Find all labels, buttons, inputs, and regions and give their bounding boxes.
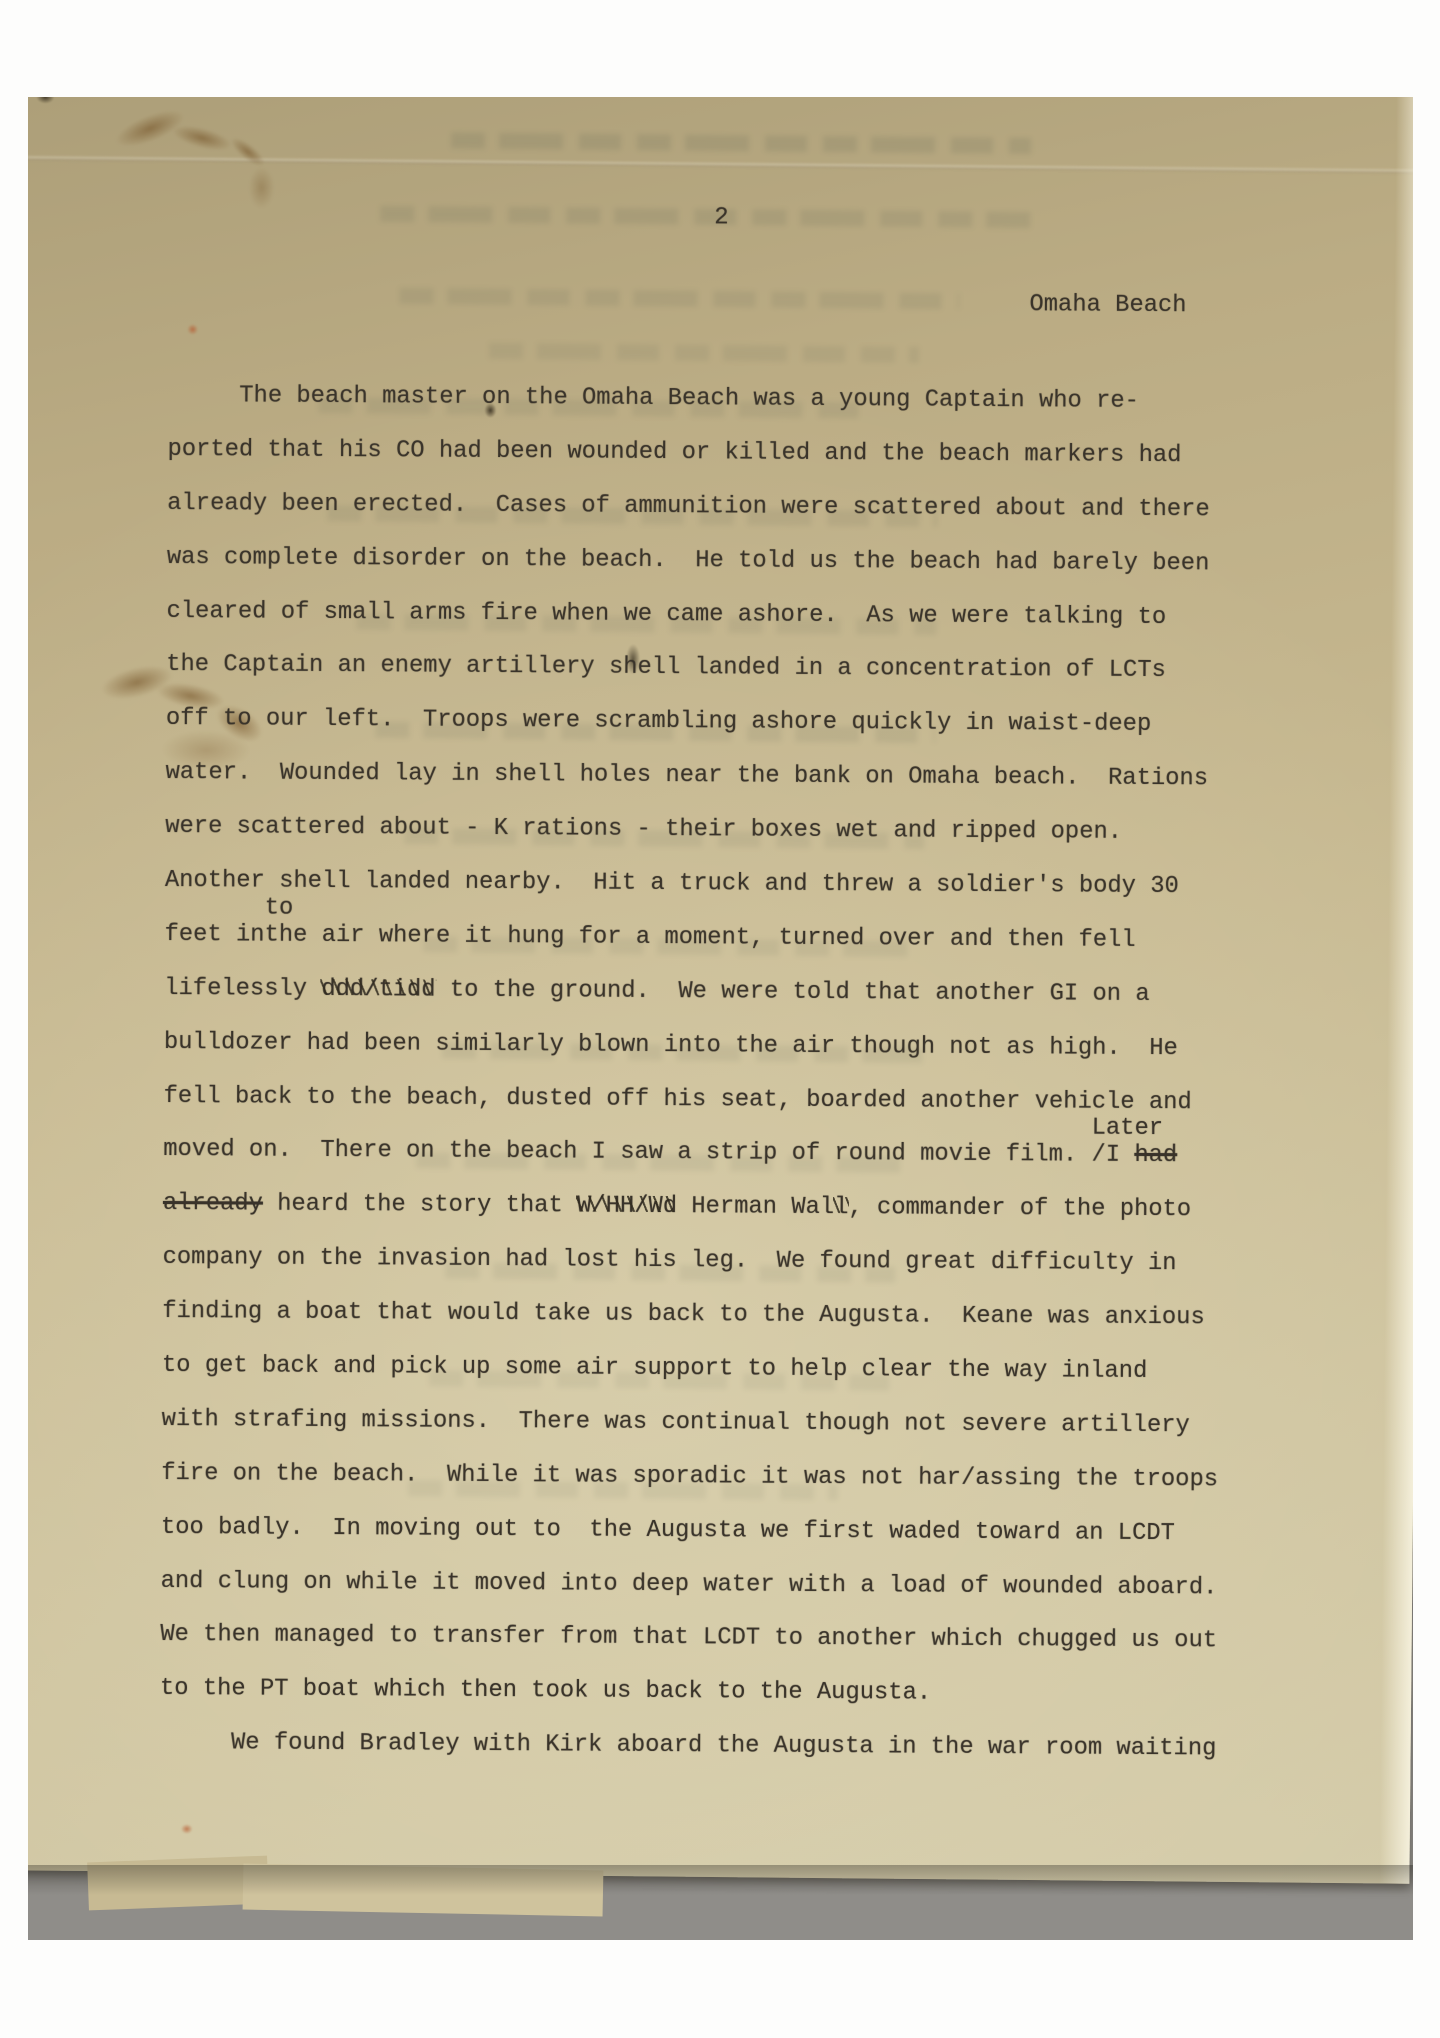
typed-segment: The beach master on the Omaha Beach was … — [168, 382, 1139, 415]
typed-line: finding a boat that would take us back t… — [162, 1285, 1219, 1345]
typed-segment: to get back and pick up some air support… — [162, 1352, 1148, 1385]
typed-line: to get back and pick up some air support… — [162, 1339, 1219, 1399]
typed-segment: off to our left. Troops were scrambling … — [166, 705, 1152, 738]
typed-segment: /I — [1091, 1142, 1134, 1169]
typed-segment: lifelessly — [164, 975, 321, 1003]
typed-segment: water. Wounded lay in shell holes near t… — [166, 759, 1209, 792]
typed-segment: to the PT boat which then took us back t… — [160, 1675, 931, 1707]
page-number: 2 — [29, 200, 1413, 235]
typed-segment: feet in — [165, 921, 265, 949]
typed-line: was complete disorder on the beach. He t… — [167, 531, 1224, 591]
typed-line: We found Bradley with Kirk aboard the Au… — [159, 1716, 1216, 1776]
typed-segment-xout: W/HH/Wd — [577, 1193, 677, 1221]
document-heading: Omaha Beach — [1029, 291, 1186, 319]
typed-layer: 2 Omaha Beach The beach master on the Om… — [28, 97, 1413, 1940]
typed-line: lifelessly ddd/tidd to the ground. We we… — [164, 962, 1221, 1022]
typed-segment: company on the invasion had lost his leg… — [163, 1244, 1177, 1277]
typed-segment: was complete disorder on the beach. He t… — [167, 544, 1210, 577]
typed-segment: finding a boat that would take us back t… — [162, 1298, 1205, 1331]
typed-segment-strike: had — [1134, 1142, 1177, 1169]
typed-segment: too badly. In moving out to the Augusta … — [161, 1514, 1175, 1547]
typed-segment-strike: already — [163, 1190, 263, 1218]
typed-line: already been erected. Cases of ammunitio… — [167, 477, 1224, 537]
typed-line: The beach master on the Omaha Beach was … — [168, 369, 1225, 429]
typed-segment: Herman Wal — [677, 1193, 834, 1221]
typed-line: moved on. There on the beach I saw a str… — [163, 1123, 1220, 1183]
photo-area: 2 Omaha Beach The beach master on the Om… — [28, 97, 1413, 1940]
typed-segment: the Captain an enemy artillery shell lan… — [166, 651, 1166, 684]
typed-segment: , commander of the photo — [848, 1195, 1191, 1224]
typed-segment-xout: l — [834, 1194, 848, 1221]
typed-line: fire on the beach. While it was sporadic… — [161, 1447, 1218, 1507]
typed-line: with strafing missions. There was contin… — [161, 1393, 1218, 1453]
typed-line: already heard the story that W/HH/Wd Her… — [163, 1177, 1220, 1237]
typed-segment: We found Bradley with Kirk aboard the Au… — [160, 1729, 1217, 1762]
typed-segment: were scattered about - K rations - their… — [165, 813, 1122, 846]
typed-line: were scattered about - K rations - their… — [165, 800, 1222, 860]
typed-segment: already been erected. Cases of ammunitio… — [167, 490, 1210, 523]
typed-line: fell back to the beach, dusted off his s… — [163, 1070, 1220, 1130]
typed-segment: We then managed to transfer from that LC… — [160, 1621, 1217, 1654]
typed-segment: fire on the beach. While it was sporadic… — [161, 1460, 1218, 1493]
typed-line: Another shell landed nearby. Hit a truck… — [165, 854, 1222, 914]
typed-line: ported that his CO had been wounded or k… — [167, 423, 1224, 483]
typed-line: and clung on while it moved into deep wa… — [160, 1555, 1217, 1615]
typed-line: too badly. In moving out to the Augusta … — [161, 1501, 1218, 1561]
typed-segment: moved on. There on the beach I saw a str… — [163, 1136, 1091, 1169]
typed-segment: the air where it hung for a moment, turn… — [264, 922, 1135, 954]
typed-segment: cleared of small arms fire when we came … — [166, 598, 1166, 631]
typed-line: cleared of small arms fire when we came … — [166, 585, 1223, 645]
typed-segment: ported that his CO had been wounded or k… — [167, 436, 1181, 469]
typed-line: to the PT boat which then took us back t… — [160, 1662, 1217, 1722]
typed-segment: bulldozer had been similarly blown into … — [164, 1029, 1178, 1062]
typed-segment: to the ground. We were told that another… — [436, 976, 1150, 1007]
typed-line: bulldozer had been similarly blown into … — [164, 1016, 1221, 1076]
typed-segment: fell back to the beach, dusted off his s… — [164, 1083, 1192, 1116]
typed-line: water. Wounded lay in shell holes near t… — [165, 746, 1222, 806]
typed-line: We then managed to transfer from that LC… — [160, 1608, 1217, 1668]
typed-segment: Another shell landed nearby. Hit a truck… — [165, 867, 1179, 900]
typed-segment-xout: ddd/tidd — [321, 976, 435, 1004]
body-text: The beach master on the Omaha Beach was … — [159, 369, 1224, 1777]
typed-segment: with strafing missions. There was contin… — [162, 1406, 1190, 1439]
typed-line: off to our left. Troops were scrambling … — [166, 692, 1223, 752]
typed-line: the Captain an enemy artillery shell lan… — [166, 638, 1223, 698]
typed-segment: and clung on while it moved into deep wa… — [161, 1568, 1218, 1601]
scanned-page: 2 Omaha Beach The beach master on the Om… — [0, 0, 1440, 2038]
typed-line: feet intothe air where it hung for a mom… — [164, 908, 1221, 968]
typed-segment: heard the story that — [263, 1191, 577, 1220]
typed-line: company on the invasion had lost his leg… — [162, 1231, 1219, 1291]
